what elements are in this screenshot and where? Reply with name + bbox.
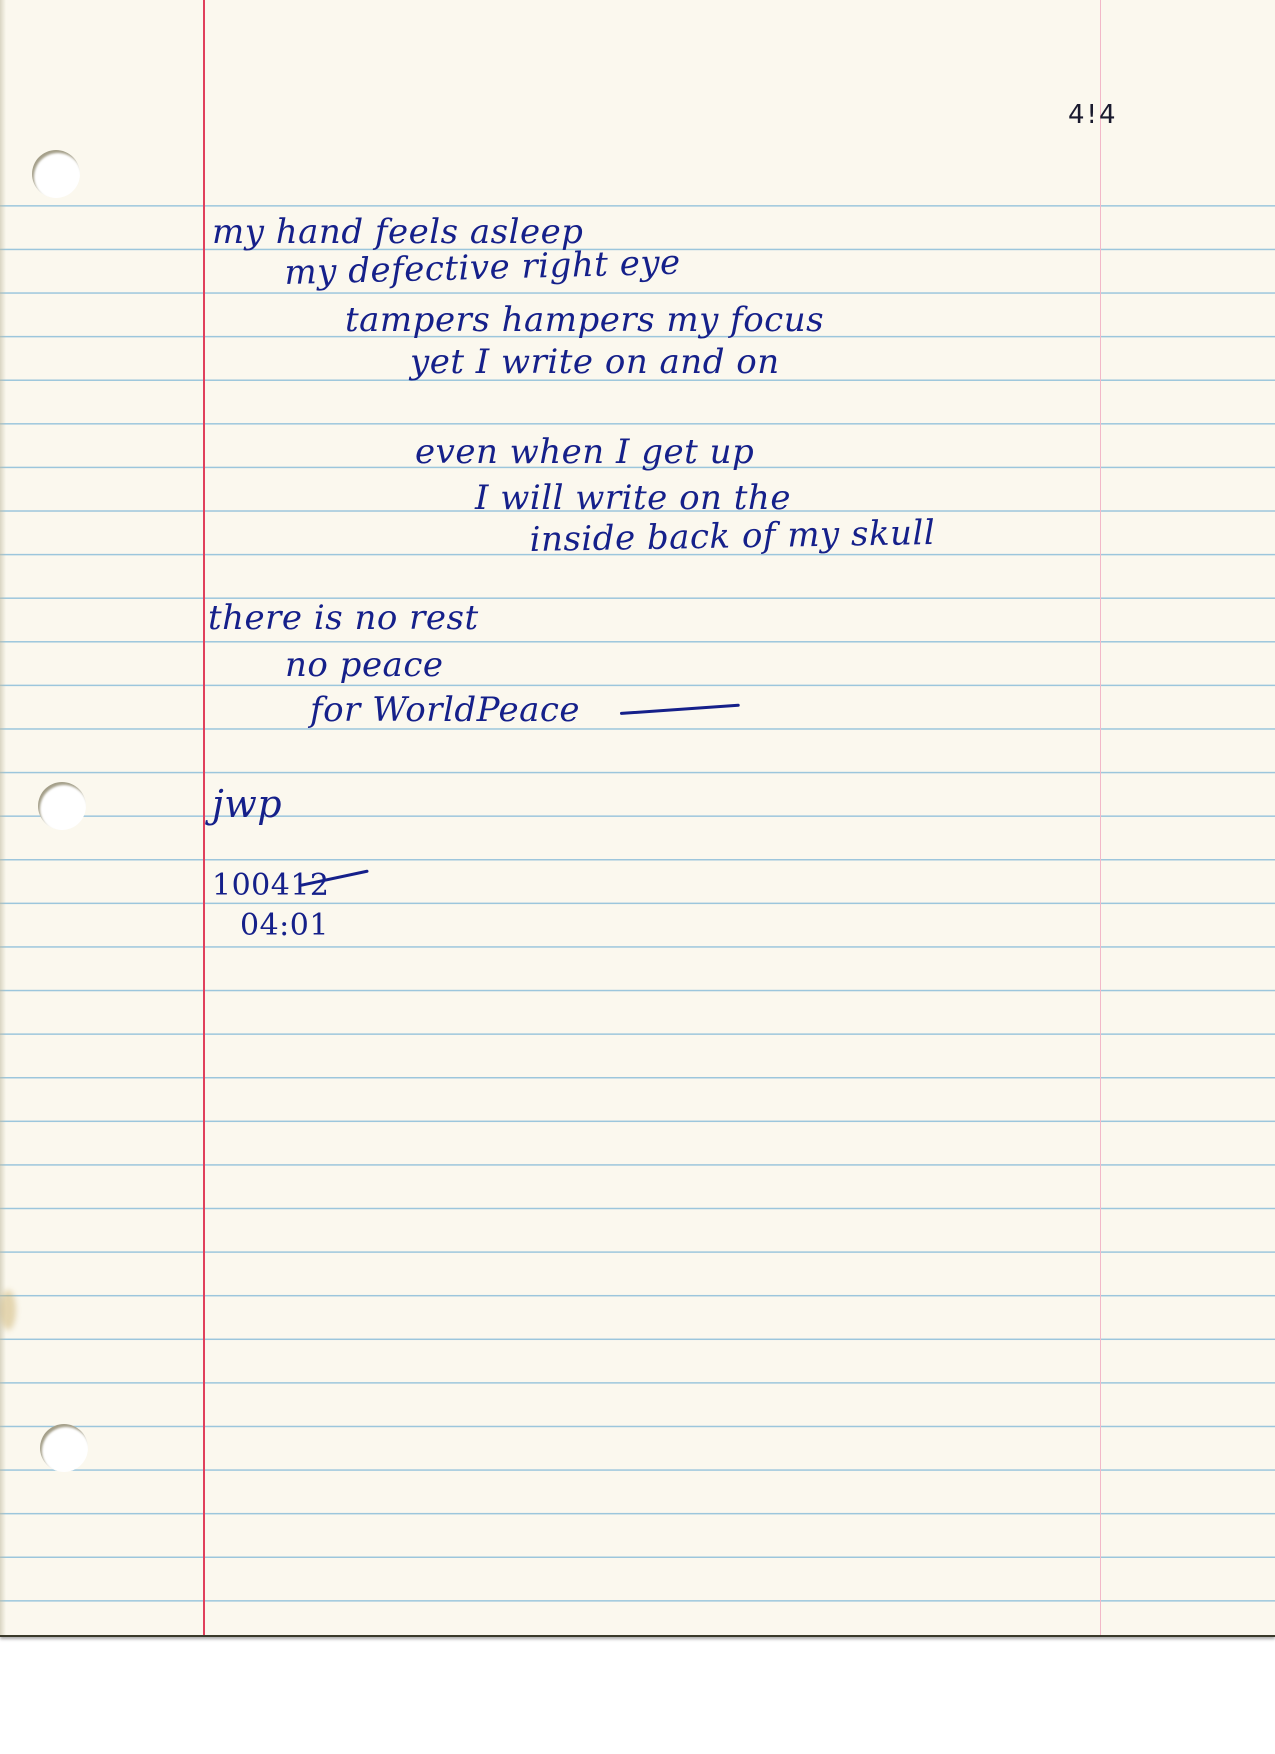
right-margin-line	[1100, 0, 1101, 1635]
binder-hole-bottom	[40, 1424, 88, 1472]
binder-hole-top	[32, 150, 80, 198]
poem-line: tampers hampers my focus	[345, 300, 824, 340]
binder-hole-middle	[38, 782, 86, 830]
date-stamp: 100412	[212, 868, 330, 903]
left-margin-line	[203, 0, 205, 1635]
notebook-page: 4!4 my hand feels asleep my defective ri…	[0, 0, 1275, 1637]
poem-line: no peace	[285, 645, 444, 685]
paper-stain	[0, 1290, 16, 1330]
flourish-stroke	[620, 704, 740, 715]
poem-line: there is no rest	[208, 598, 479, 638]
poem-line: inside back of my skull	[529, 513, 935, 560]
signature: jwp	[212, 782, 282, 826]
time-stamp: 04:01	[240, 908, 329, 943]
page-edge-shadow	[0, 0, 6, 1635]
poem-line: even when I get up	[415, 432, 754, 472]
poem-line: for WorldPeace	[310, 690, 580, 730]
poem-line: I will write on the	[475, 478, 791, 518]
page-number: 4!4	[1068, 100, 1118, 130]
poem-line: yet I write on and on	[410, 342, 780, 382]
